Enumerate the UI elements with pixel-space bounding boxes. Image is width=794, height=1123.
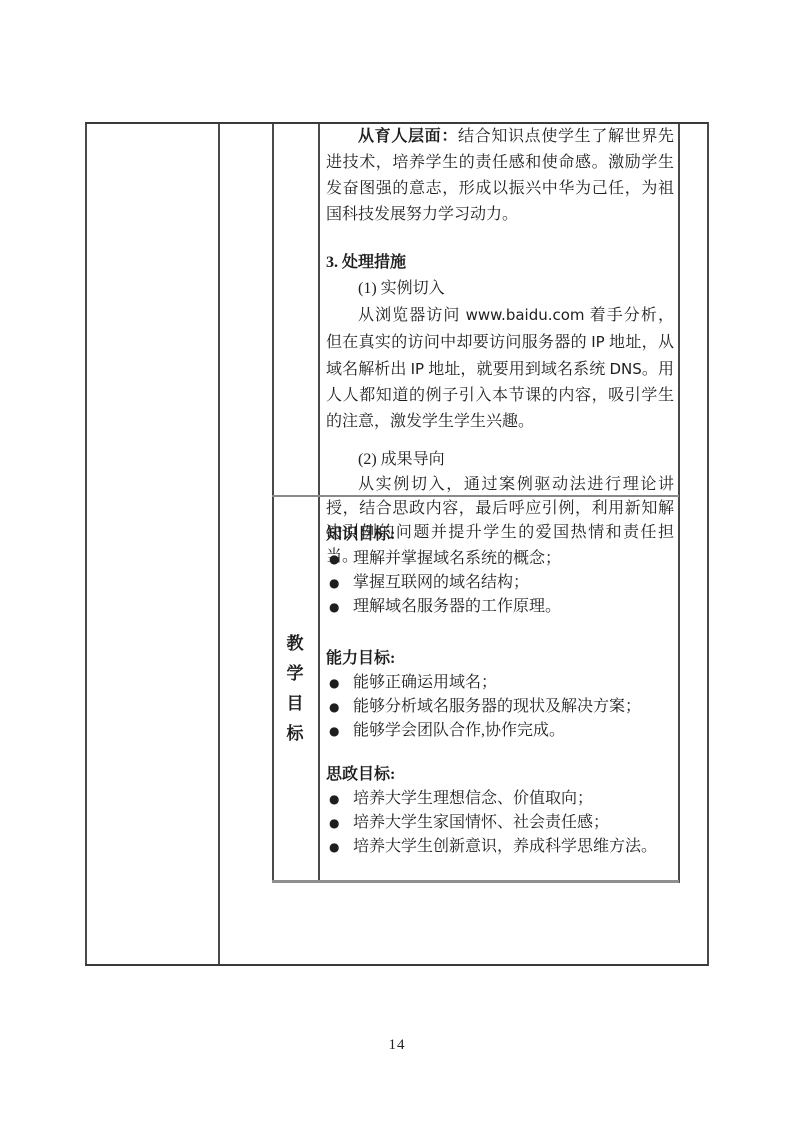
table-inner-right-border xyxy=(678,122,680,883)
latin-text: DNS xyxy=(609,360,641,378)
objective-item: ●培养大学生家国情怀、社会责任感； xyxy=(326,811,674,835)
measure1-label: (1) 实例切入 xyxy=(326,276,674,302)
objective-item: ●能够正确运用域名； xyxy=(326,671,674,695)
bullet-icon: ● xyxy=(329,719,339,743)
measure2-label: (2) 成果导向 xyxy=(326,447,674,473)
latin-text: IP xyxy=(591,333,604,351)
objective-group: 思政目标:●培养大学生理想信念、价值取向；●培养大学生家国情怀、社会责任感；●培… xyxy=(326,763,674,859)
table-row-divider-lower xyxy=(272,880,679,883)
table-column-divider-1 xyxy=(218,122,220,966)
bullet-icon: ● xyxy=(329,595,339,619)
table-border-right xyxy=(707,122,709,966)
teaching-objectives-label-cell: 教 学 目 标 xyxy=(272,497,318,880)
cjk-text: 从浏览器访问 xyxy=(358,307,466,324)
moral-education-lead: 从育人层面： xyxy=(358,128,458,145)
objective-item-text: 培养大学生创新意识，养成科学思维方法。 xyxy=(353,838,657,855)
bullet-icon: ● xyxy=(329,571,339,595)
measures-heading: 3. 处理措施 xyxy=(326,250,674,276)
objective-item: ●能够学会团队合作,协作完成。 xyxy=(326,719,674,743)
page-number: 14 xyxy=(0,1037,794,1054)
label-char: 教 xyxy=(287,634,304,654)
table-border-bottom xyxy=(85,964,708,966)
cjk-text: 地址，就要用到域名系统 xyxy=(424,361,609,378)
objective-item: ●培养大学生理想信念、价值取向； xyxy=(326,787,674,811)
measure1-paragraph: 从浏览器访问 www.baidu.com 着手分析，但在真实的访问中却要访问服务… xyxy=(326,302,674,435)
objective-item-text: 培养大学生理想信念、价值取向； xyxy=(353,790,593,807)
bullet-icon: ● xyxy=(329,835,339,859)
objective-item: ●能够分析域名服务器的现状及解决方案； xyxy=(326,695,674,719)
objective-item-text: 能够学会团队合作,协作完成。 xyxy=(353,722,565,739)
bullet-icon: ● xyxy=(329,811,339,835)
teaching-objectives-content-cell: 知识目标:●理解并掌握域名系统的概念；●掌握互联网的域名结构；●理解域名服务器的… xyxy=(326,497,674,859)
bullet-icon: ● xyxy=(329,787,339,811)
objective-item: ●理解域名服务器的工作原理。 xyxy=(326,595,674,619)
table-column-divider-3 xyxy=(318,122,320,883)
objective-item: ●掌握互联网的域名结构； xyxy=(326,571,674,595)
objective-item: ●培养大学生创新意识，养成科学思维方法。 xyxy=(326,835,674,859)
latin-text: www.baidu.com xyxy=(466,306,585,324)
label-char: 目 xyxy=(287,694,304,714)
bullet-icon: ● xyxy=(329,695,339,719)
bullet-icon: ● xyxy=(329,547,339,571)
objective-group-heading: 知识目标: xyxy=(326,523,674,547)
objective-item-text: 掌握互联网的域名结构； xyxy=(353,574,529,591)
table-border-left xyxy=(85,122,87,966)
objective-group-heading: 能力目标: xyxy=(326,647,674,671)
objective-group: 知识目标:●理解并掌握域名系统的概念；●掌握互联网的域名结构；●理解域名服务器的… xyxy=(326,523,674,619)
objective-item-text: 能够分析域名服务器的现状及解决方案； xyxy=(353,698,641,715)
bullet-icon: ● xyxy=(329,671,339,695)
latin-text: IP xyxy=(411,360,424,378)
objective-group: 能力目标:●能够正确运用域名；●能够分析域名服务器的现状及解决方案；●能够学会团… xyxy=(326,647,674,743)
objective-item-text: 理解并掌握域名系统的概念； xyxy=(353,550,561,567)
label-char: 学 xyxy=(287,664,304,684)
objective-item-text: 培养大学生家国情怀、社会责任感； xyxy=(353,814,609,831)
objective-item-text: 能够正确运用域名； xyxy=(353,674,497,691)
objective-group-heading: 思政目标: xyxy=(326,763,674,787)
objective-item-text: 理解域名服务器的工作原理。 xyxy=(353,598,561,615)
moral-education-paragraph: 从育人层面：结合知识点使学生了解世界先进技术，培养学生的责任感和使命感。激励学生… xyxy=(326,124,674,228)
label-char: 标 xyxy=(287,724,304,744)
objective-item: ●理解并掌握域名系统的概念； xyxy=(326,547,674,571)
document-page: 从育人层面：结合知识点使学生了解世界先进技术，培养学生的责任感和使命感。激励学生… xyxy=(0,0,794,1123)
